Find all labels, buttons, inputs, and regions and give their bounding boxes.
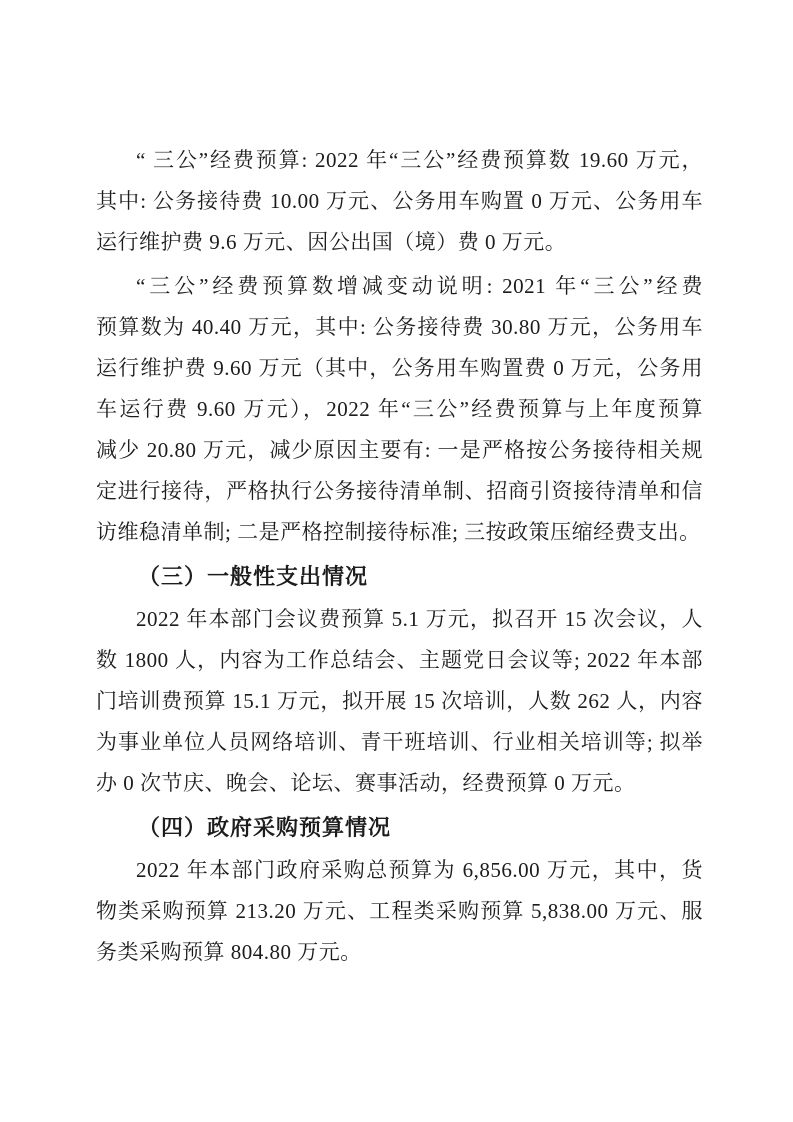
text-line: 其中: 公务接待费 10.00 万元、公务用车购置 0 万元、公务用车 — [96, 181, 703, 222]
text-line: 数 1800 人，内容为工作总结会、主题党日会议等; 2022 年本部 — [96, 640, 703, 681]
text-line: 物类采购预算 213.20 万元、工程类采购预算 5,838.00 万元、服 — [96, 891, 703, 932]
text-line: 办 0 次节庆、晚会、论坛、赛事活动，经费预算 0 万元。 — [96, 763, 703, 804]
paragraph-government-procurement: 2022 年本部门政府采购总预算为 6,856.00 万元，其中，货 物类采购预… — [96, 850, 703, 973]
text-line: 车运行费 9.60 万元），2022 年“三公”经费预算与上年度预算 — [96, 389, 703, 430]
text-line: 务类采购预算 804.80 万元。 — [96, 932, 703, 973]
text-line: 运行维护费 9.60 万元（其中，公务用车购置费 0 万元，公务用 — [96, 348, 703, 389]
section-heading-government-procurement: （四）政府采购预算情况 — [96, 807, 703, 848]
section-heading-general-expenditure: （三）一般性支出情况 — [96, 556, 703, 597]
paragraph-sangong-change-explanation: “三公”经费预算数增减变动说明: 2021 年“三公”经费 预算数为 40.40… — [96, 266, 703, 553]
text-line: 2022 年本部门政府采购总预算为 6,856.00 万元，其中，货 — [96, 850, 703, 891]
document-page: “ 三公”经费预算: 2022 年“三公”经费预算数 19.60 万元， 其中:… — [0, 0, 793, 1122]
document-body: “ 三公”经费预算: 2022 年“三公”经费预算数 19.60 万元， 其中:… — [96, 140, 703, 976]
text-line: 运行维护费 9.6 万元、因公出国（境）费 0 万元。 — [96, 222, 703, 263]
text-line: 预算数为 40.40 万元，其中: 公务接待费 30.80 万元，公务用车 — [96, 307, 703, 348]
text-line: 2022 年本部门会议费预算 5.1 万元，拟召开 15 次会议，人 — [96, 599, 703, 640]
text-line: 减少 20.80 万元，减少原因主要有: 一是严格按公务接待相关规 — [96, 430, 703, 471]
paragraph-sangong-budget-2022: “ 三公”经费预算: 2022 年“三公”经费预算数 19.60 万元， 其中:… — [96, 140, 703, 263]
text-line: 访维稳清单制; 二是严格控制接待标准; 三按政策压缩经费支出。 — [96, 512, 703, 553]
paragraph-general-expenditure: 2022 年本部门会议费预算 5.1 万元，拟召开 15 次会议，人 数 180… — [96, 599, 703, 804]
text-line: “ 三公”经费预算: 2022 年“三公”经费预算数 19.60 万元， — [96, 140, 703, 181]
text-line: “三公”经费预算数增减变动说明: 2021 年“三公”经费 — [96, 266, 703, 307]
text-line: 定进行接待，严格执行公务接待清单制、招商引资接待清单和信 — [96, 471, 703, 512]
text-line: 为事业单位人员网络培训、青干班培训、行业相关培训等; 拟举 — [96, 722, 703, 763]
text-line: 门培训费预算 15.1 万元，拟开展 15 次培训，人数 262 人，内容 — [96, 681, 703, 722]
